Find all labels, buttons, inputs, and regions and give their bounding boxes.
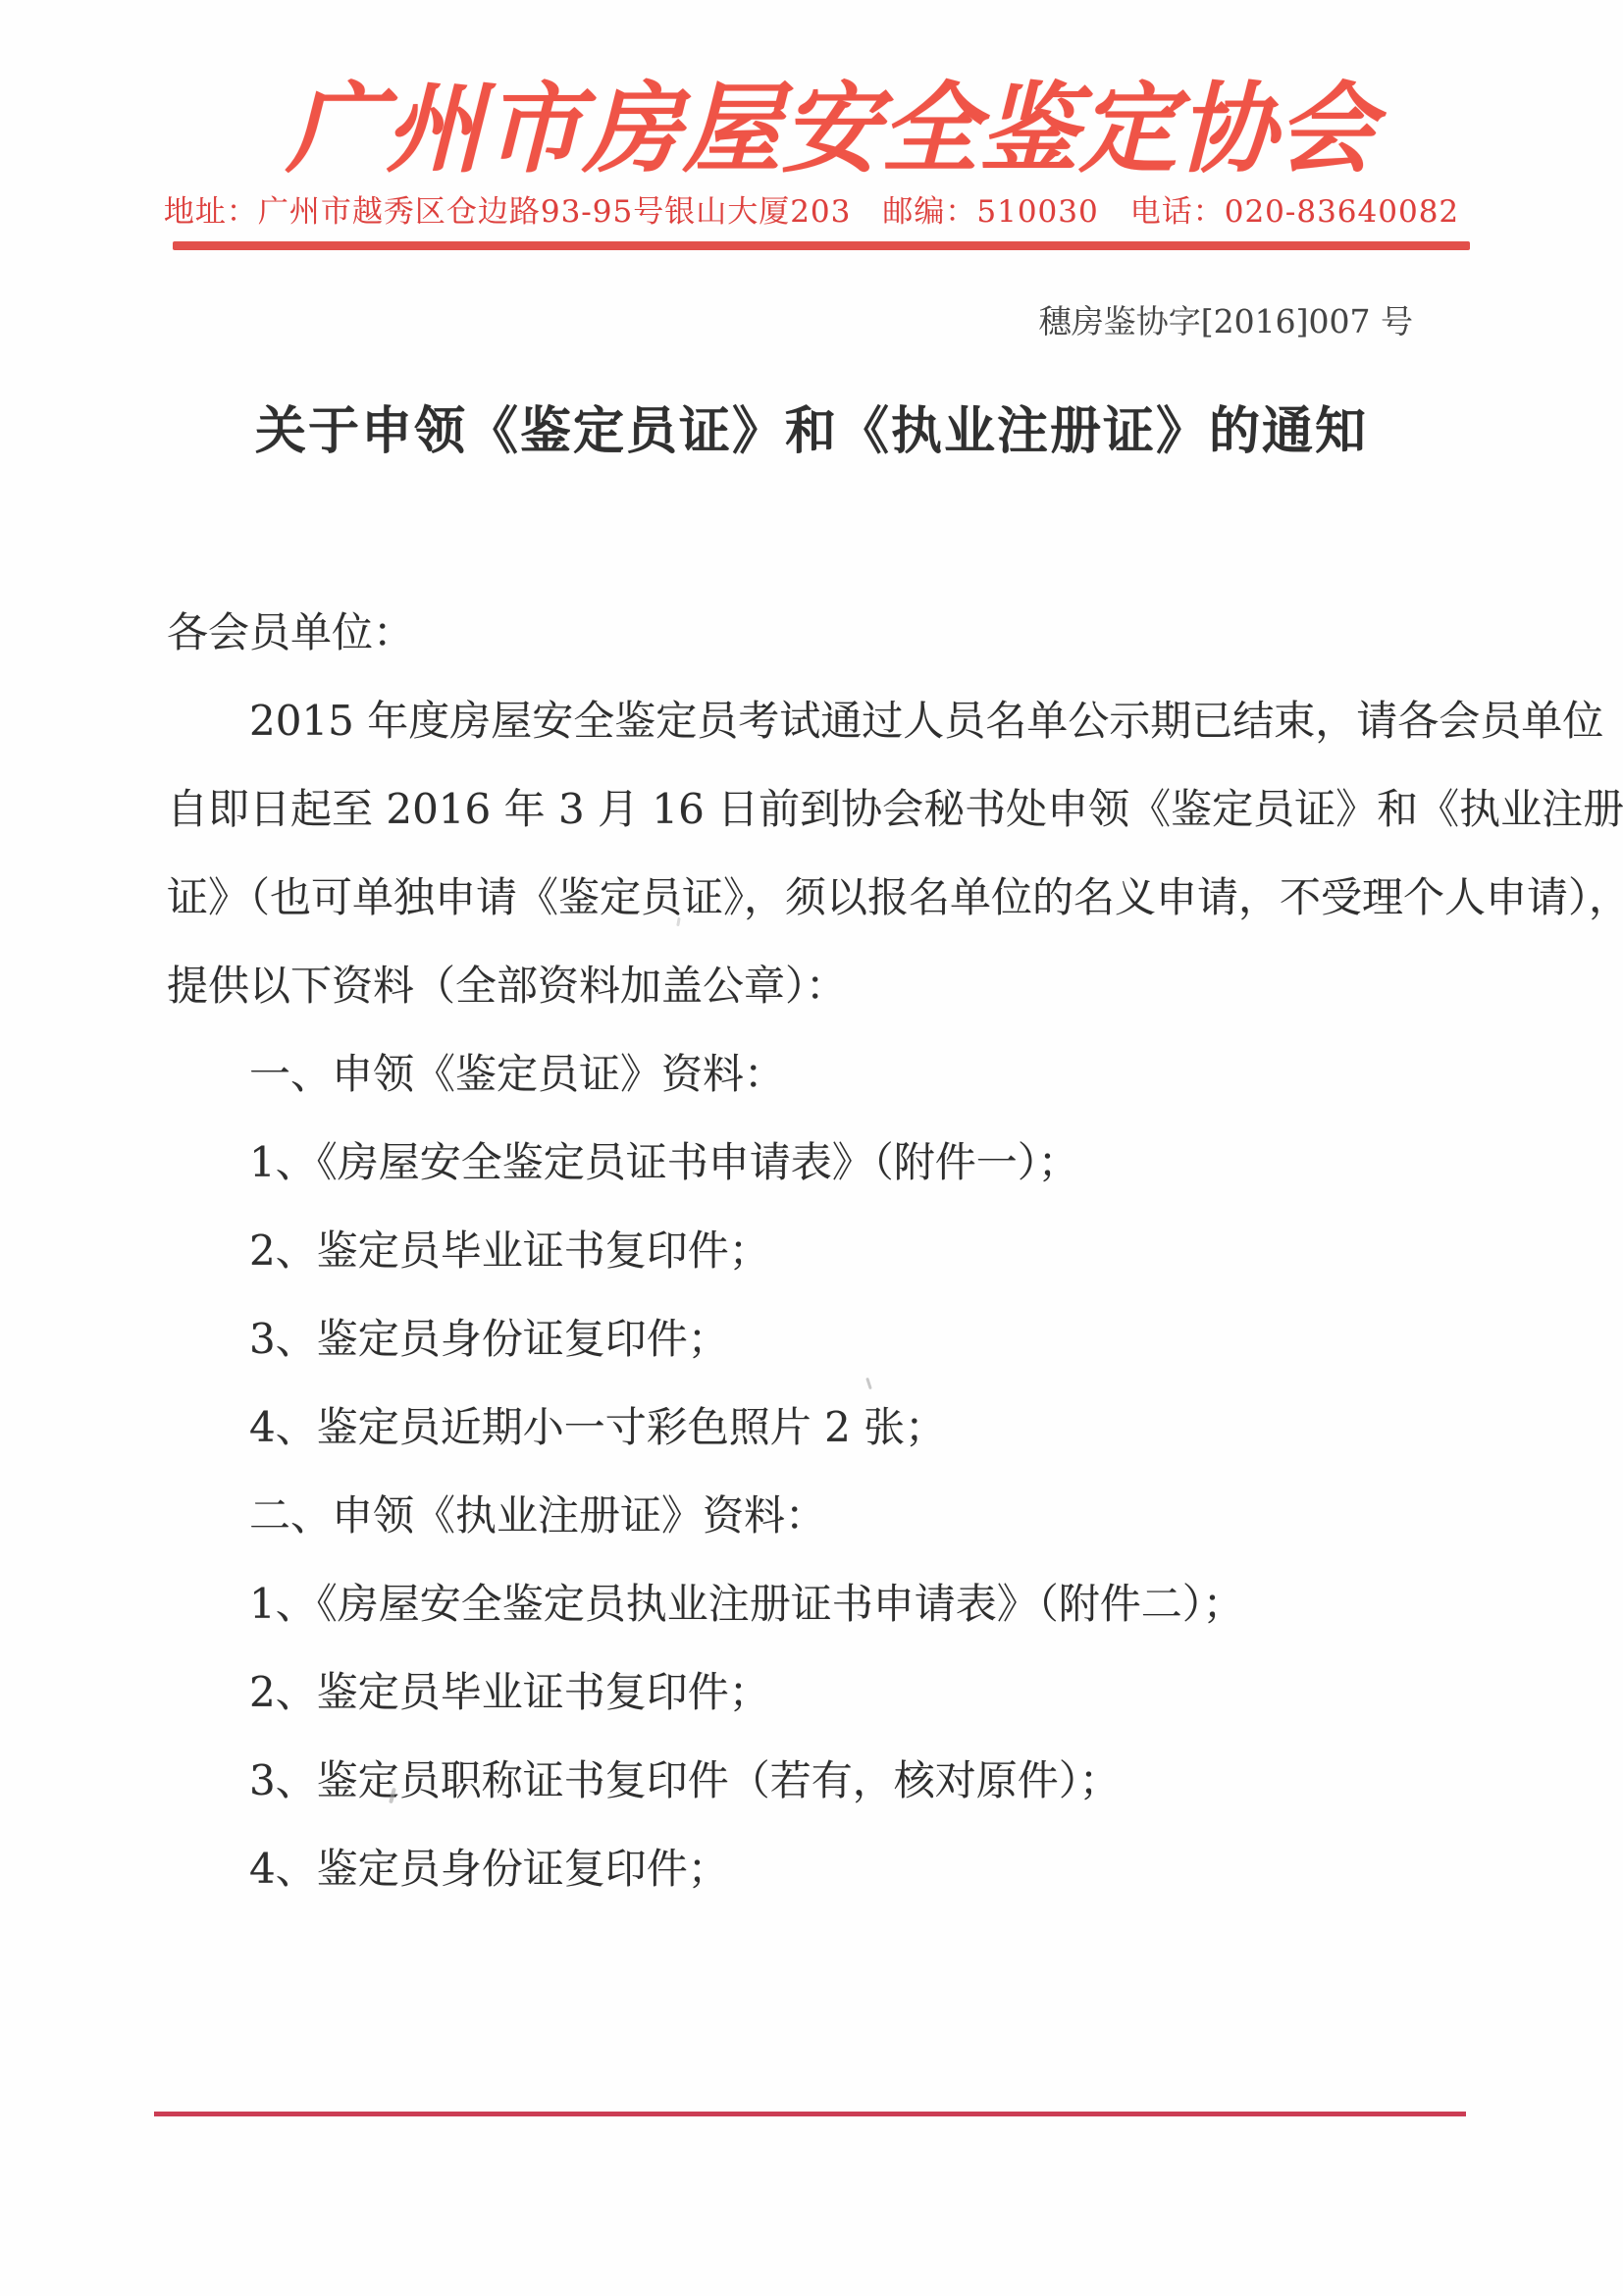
letterhead-divider-rule <box>173 241 1470 250</box>
body-text: 各会员单位： 2015 年度房屋安全鉴定员考试通过人员名单公示期已结束，请各会员… <box>167 589 1497 1913</box>
list-item-line: 3、鉴定员身份证复印件； <box>167 1295 1497 1383</box>
list-item-line: 4、鉴定员近期小一寸彩色照片 2 张； <box>167 1383 1497 1472</box>
body-line: 提供以下资料（全部资料加盖公章）： <box>167 942 1497 1030</box>
org-name-heading: 广州市房屋安全鉴定协会 <box>0 71 1623 186</box>
doc-number: 穗房鉴协字[2016]007 号 <box>1039 300 1413 343</box>
footer-divider-rule <box>154 2112 1466 2116</box>
section-heading-line: 二、申领《执业注册证》资料： <box>167 1472 1497 1560</box>
list-item-line: 2、鉴定员毕业证书复印件； <box>167 1207 1497 1295</box>
list-item-line: 1、《房屋安全鉴定员执业注册证书申请表》（附件二）； <box>167 1560 1497 1648</box>
address-line: 地址：广州市越秀区仓边路93-95号银山大厦203 邮编：510030 电话：0… <box>0 192 1623 232</box>
body-line: 证》（也可单独申请《鉴定员证》，须以报名单位的名义申请，不受理个人申请）， <box>167 854 1497 942</box>
list-item-line: 2、鉴定员毕业证书复印件； <box>167 1648 1497 1737</box>
list-item-line: 4、鉴定员身份证复印件； <box>167 1825 1497 1913</box>
body-line: 自即日起至 2016 年 3 月 16 日前到协会秘书处申领《鉴定员证》和《执业… <box>167 765 1497 854</box>
list-item-line: 3、鉴定员职称证书复印件（若有，核对原件）； <box>167 1737 1497 1825</box>
scanned-notice-page: 广州市房屋安全鉴定协会 地址：广州市越秀区仓边路93-95号银山大厦203 邮编… <box>0 0 1623 2296</box>
salutation-line: 各会员单位： <box>167 589 1497 677</box>
body-line: 2015 年度房屋安全鉴定员考试通过人员名单公示期已结束，请各会员单位 <box>167 677 1497 765</box>
section-heading-line: 一、申领《鉴定员证》资料： <box>167 1030 1497 1119</box>
list-item-line: 1、《房屋安全鉴定员证书申请表》（附件一）； <box>167 1119 1497 1207</box>
doc-title: 关于申领《鉴定员证》和《执业注册证》的通知 <box>0 400 1623 463</box>
